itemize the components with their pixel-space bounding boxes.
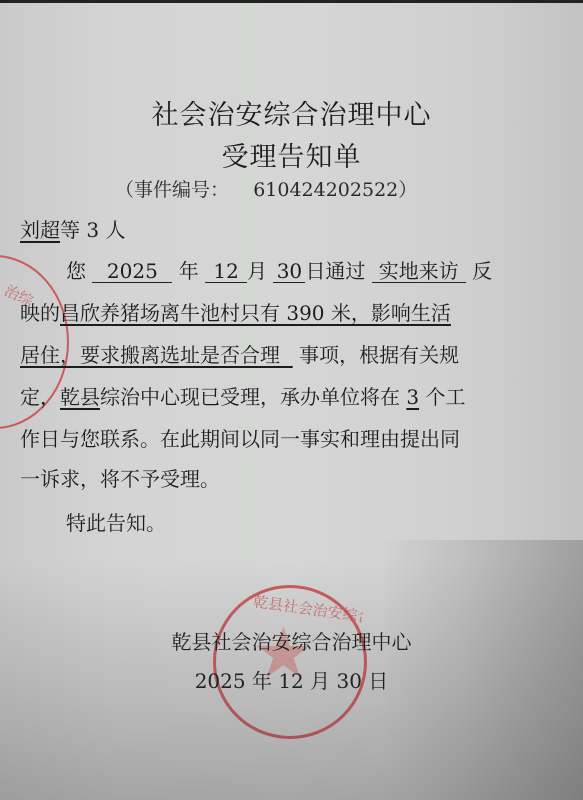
body-line-6: 一诉求，将不予受理。	[20, 463, 220, 492]
line4-rest: 综治中心现已受理，承办单位将在	[100, 385, 400, 409]
addressee-suffix: 等 3 人	[60, 218, 125, 242]
issue-part-1: 昌欣养猪场离牛池村只有 390 米，影响生活	[60, 301, 451, 325]
year-unit: 年	[179, 259, 199, 283]
addressee-line: 刘超等 3 人	[20, 214, 125, 243]
reflect-start: 反	[472, 259, 492, 283]
after-issue-text: 事项，根据有关规	[299, 343, 459, 367]
closing-text: 特此告知。	[66, 507, 166, 536]
top-edge	[0, 0, 583, 3]
body-line-3: 居住，要求搬离选址是否合理 事项，根据有关规	[20, 339, 459, 368]
county-name: 乾县	[60, 385, 100, 409]
body-line-2: 映的昌欣养猪场离牛池村只有 390 米，影响生活	[20, 297, 451, 326]
body-line-1: 您 2025 年 12月 30日通过 实地来访 反	[66, 255, 492, 284]
page-subtitle: 受理告知单	[0, 135, 583, 174]
you-text: 您	[66, 259, 86, 283]
case-number: （事件编号： 610424202522）	[115, 175, 417, 202]
addressee-name: 刘超	[20, 218, 60, 242]
case-number-label: （事件编号：	[115, 179, 229, 201]
body-line-5: 作日与您联系。在此期间以同一事实和理由提出同	[20, 423, 460, 452]
signing-date: 2025 年 12 月 30 日	[0, 665, 583, 694]
channel-field: 实地来访	[372, 260, 466, 283]
case-number-value: 610424202522）	[253, 179, 417, 201]
page-title: 社会治安综合治理中心	[0, 93, 583, 132]
year-field: 2025	[92, 260, 172, 283]
working-days: 3	[406, 385, 419, 409]
month-field: 12	[205, 260, 247, 283]
issue-part-2: 居住，要求搬离选址是否合理	[20, 343, 280, 367]
body-line-4: 定，乾县综治中心现已受理，承办单位将在 3 个工	[20, 381, 465, 410]
reflect-end: 映的	[20, 301, 60, 325]
month-unit: 月	[247, 259, 267, 283]
signing-organization: 乾县社会治安综合治理中心	[0, 626, 583, 655]
line4-start: 定，	[20, 385, 60, 409]
line4-end: 个工	[425, 385, 465, 409]
day-field: 30	[273, 260, 305, 283]
day-unit: 日通过	[305, 259, 365, 283]
